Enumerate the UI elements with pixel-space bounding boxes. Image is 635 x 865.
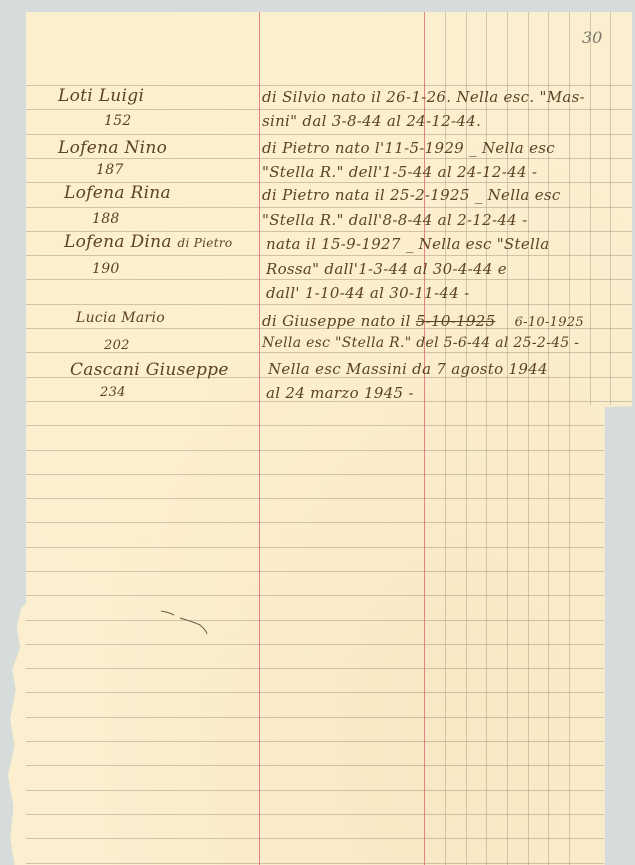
grid-line [610, 12, 611, 405]
entry-name-note: di Pietro [178, 236, 233, 250]
margin-line [259, 12, 260, 865]
entry-number: 234 [100, 385, 126, 400]
grid-line [590, 12, 591, 405]
entry-number: 202 [104, 338, 130, 353]
entry-name-text: Lofena Dina [64, 232, 172, 252]
entry-number: 187 [96, 162, 124, 178]
grid-line [569, 12, 570, 865]
ruled-line [26, 668, 604, 669]
entry-line: al 24 marzo 1945 - [266, 384, 414, 402]
entry-line: di Pietro nata il 25-2-1925 _ Nella esc [262, 186, 561, 204]
ruled-line [26, 571, 604, 572]
entry-line: di Pietro nato l'11-5-1929 _ Nella esc [262, 139, 555, 157]
ruled-line [26, 765, 604, 766]
ruled-line [26, 207, 632, 208]
ruled-line [26, 595, 604, 596]
struck-date: 5-10-1925 [416, 312, 496, 330]
entry-number: 152 [104, 113, 132, 129]
corrected-date: 6-10-1925 [515, 315, 584, 330]
entry-line: dall' 1-10-44 al 30-11-44 - [266, 284, 470, 302]
entry-line: "Stella R." dall'8-8-44 al 2-12-44 - [262, 211, 527, 229]
ruled-line [26, 134, 632, 135]
entry-number: 188 [92, 211, 120, 227]
entry-line-prefix: di Giuseppe nato il [262, 312, 411, 330]
ruled-line [26, 498, 604, 499]
ruled-line [26, 863, 604, 864]
ruled-line [26, 158, 632, 159]
entry-name: Lucia Mario [76, 310, 165, 326]
ruled-line [26, 814, 604, 815]
ruled-line [26, 741, 604, 742]
ruled-line [26, 692, 604, 693]
entry-line: Rossa" dall'1-3-44 al 30-4-44 e [266, 260, 507, 278]
entry-name: Lofena Nino [58, 138, 167, 158]
entry-line: "Stella R." dell'1-5-44 al 24-12-44 - [262, 163, 537, 181]
entry-line: sini" dal 3-8-44 al 24-12-44. [262, 112, 481, 130]
entry-line: nata il 15-9-1927 _ Nella esc "Stella [266, 235, 549, 253]
ruled-line [26, 304, 632, 305]
ruled-line [26, 109, 632, 110]
ink-stroke-mark [160, 608, 210, 636]
entry-name: Lofena Dina di Pietro [64, 232, 232, 252]
ruled-line [26, 717, 604, 718]
entry-line: di Giuseppe nato il 5-10-1925 6-10-1925 [262, 312, 584, 330]
ruled-line [26, 450, 604, 451]
entry-name: Lofena Rina [64, 183, 171, 203]
entry-number: 190 [92, 261, 120, 277]
ruled-line [26, 425, 604, 426]
entry-name: Cascani Giuseppe [70, 360, 229, 380]
ruled-line [26, 790, 604, 791]
page-number: 30 [582, 28, 602, 47]
ruled-line [26, 838, 604, 839]
ruled-line [26, 522, 604, 523]
entry-name: Loti Luigi [58, 86, 144, 106]
ruled-line [26, 644, 604, 645]
entry-line: Nella esc Massini da 7 agosto 1944 [268, 360, 548, 378]
ruled-line [26, 279, 632, 280]
entry-line: di Silvio nato il 26-1-26. Nella esc. "M… [262, 88, 585, 106]
ruled-line [26, 620, 604, 621]
ruled-line [26, 547, 604, 548]
entry-line: Nella esc "Stella R." del 5-6-44 al 25-2… [262, 335, 579, 351]
ruled-line [26, 474, 604, 475]
ruled-line [26, 255, 632, 256]
